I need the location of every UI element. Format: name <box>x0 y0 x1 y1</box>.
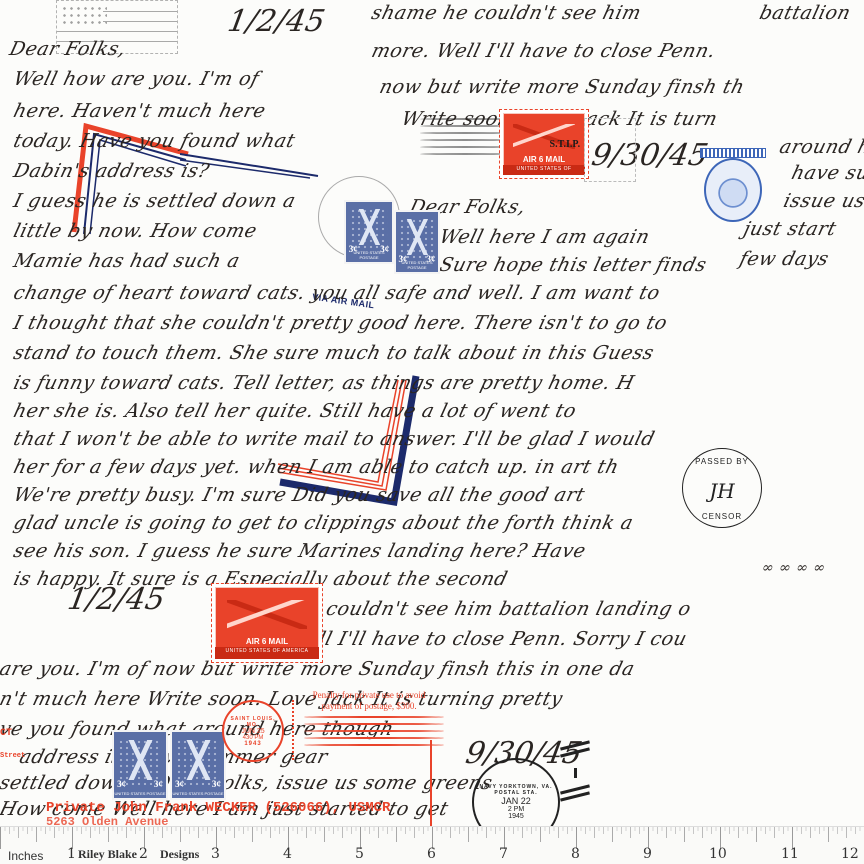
handwriting-line: issue us <box>781 190 864 212</box>
usmc-emblem <box>704 158 762 222</box>
red-dotted-divider <box>292 700 294 760</box>
handwriting-line: now but write more Sunday finsh th <box>377 76 747 98</box>
handwriting-line: just start <box>741 218 838 240</box>
handwriting-line: Well here I am again <box>437 226 652 248</box>
address-fragment: CT <box>0 728 12 739</box>
handwriting-line: I guess he is settled down a <box>11 190 298 212</box>
handwriting-line: few days <box>737 248 831 270</box>
ruler-number: 4 <box>283 846 292 862</box>
penalty-notice: Penalty for private use to avoid payment… <box>304 690 434 712</box>
ruler-number: 5 <box>355 846 364 862</box>
date-text: 1/2/45 <box>225 4 328 39</box>
ruler-number: 8 <box>571 846 580 862</box>
ruler-brand-designs: Designs <box>160 847 199 862</box>
ruler-number: 3 <box>211 846 220 862</box>
bar-cancellation <box>560 744 590 798</box>
date-text: 1/2/45 <box>65 582 168 617</box>
ruler-brand-name: Riley Blake <box>78 847 137 862</box>
inch-ruler: Inches 1 Riley Blake 2 Designs 3 4 5 6 7… <box>0 826 864 864</box>
handwriting-line: glad uncle is going to get to clippings … <box>11 512 635 534</box>
handwriting-line: today. Have you found what <box>11 130 297 152</box>
handwriting-line: more. Well I'll have to close Penn. <box>369 40 718 62</box>
ruler-unit-label: Inches <box>8 849 43 863</box>
red-wavy-cancellation <box>304 716 444 751</box>
passed-by-censor-stamp: PASSED BY JH CENSOR <box>682 448 762 528</box>
victory-stamp-blue: 3¢3¢ UNITED STATES POSTAGE <box>344 200 394 264</box>
handwriting-line: battalion <box>757 2 853 24</box>
faded-stamp-outline <box>584 118 636 182</box>
airmail-stamp-red: S.T.I.P. AIR 6 MAIL UNITED STATES OF AME… <box>500 110 588 178</box>
address-fragment: Street <box>0 752 25 760</box>
handwriting-line: stand to touch them. She sure much to ta… <box>11 342 656 364</box>
handwriting-line: little by now. How come <box>11 220 259 242</box>
victory-stamp-blue: 3¢3¢ UNITED STATES POSTAGE <box>112 730 168 800</box>
ruler-number: 2 <box>139 846 148 862</box>
typed-address-name: Private John Frank WECKER (526066), USMC… <box>46 800 390 816</box>
handwriting-line: Dear Folks, <box>7 38 128 60</box>
saint-louis-postmark: SAINT LOUIS, MO. JUN 25 430 PM 1943 <box>222 700 284 762</box>
handwriting-line: We're pretty busy. I'm sure Did you save… <box>11 484 587 506</box>
handwriting-line: Mamie has had such a <box>11 250 242 272</box>
handwriting-line: change of heart toward cats. you all saf… <box>11 282 662 304</box>
handwriting-line: I thought that she couldn't pretty good … <box>11 312 669 334</box>
handwriting-line: see his son. I guess he sure Marines lan… <box>11 540 588 562</box>
ruler-number: 6 <box>427 846 436 862</box>
victory-stamp-blue: 3¢3¢ UNITED STATES POSTAGE <box>170 730 226 800</box>
handwriting-line: have sum <box>789 162 864 184</box>
handwriting-line: her for a few days yet. when I am able t… <box>11 456 621 478</box>
ruler-number: 1 <box>67 846 76 862</box>
handwriting-line: settled down a Dear Folks, issue us some… <box>0 772 495 794</box>
handwriting-line: that I won't be able to write mail to an… <box>11 428 657 450</box>
typed-address-street: 5263 Olden Avenue <box>46 815 168 826</box>
decorative-loops: ∞ ∞ ∞ ∞ <box>760 560 827 576</box>
handwriting-line: around he <box>777 136 864 158</box>
ruler-number: 9 <box>643 846 652 862</box>
handwriting-line: here. Haven't much here <box>11 100 268 122</box>
victory-stamp-blue: 3¢3¢ UNITED STATES POSTAGE <box>394 210 440 274</box>
ruler-number: 12 <box>841 846 859 862</box>
handwriting-line: is funny toward cats. Tell letter, as th… <box>11 372 636 394</box>
ruler-number: 11 <box>781 846 799 862</box>
red-envelope-edge <box>430 740 432 826</box>
handwriting-line: Sure hope this letter finds <box>437 254 709 276</box>
handwriting-line: Dabin's address is? <box>11 160 212 182</box>
handwriting-line: shame he couldn't see him <box>369 2 643 24</box>
ruler-number: 7 <box>499 846 508 862</box>
handwriting-line: Well how are you. I'm of <box>11 68 261 90</box>
airmail-stamp-red: AIR 6 MAIL UNITED STATES OF AMERICA <box>212 584 322 662</box>
handwriting-line: n't much here Write soon. Love Jack It i… <box>0 688 565 710</box>
fabric-print: VIA AIR MAIL shame he couldn't see him b… <box>0 0 864 826</box>
ruler-number: 10 <box>709 846 727 862</box>
handwriting-line: her she is. Also tell her quite. Still h… <box>11 400 578 422</box>
